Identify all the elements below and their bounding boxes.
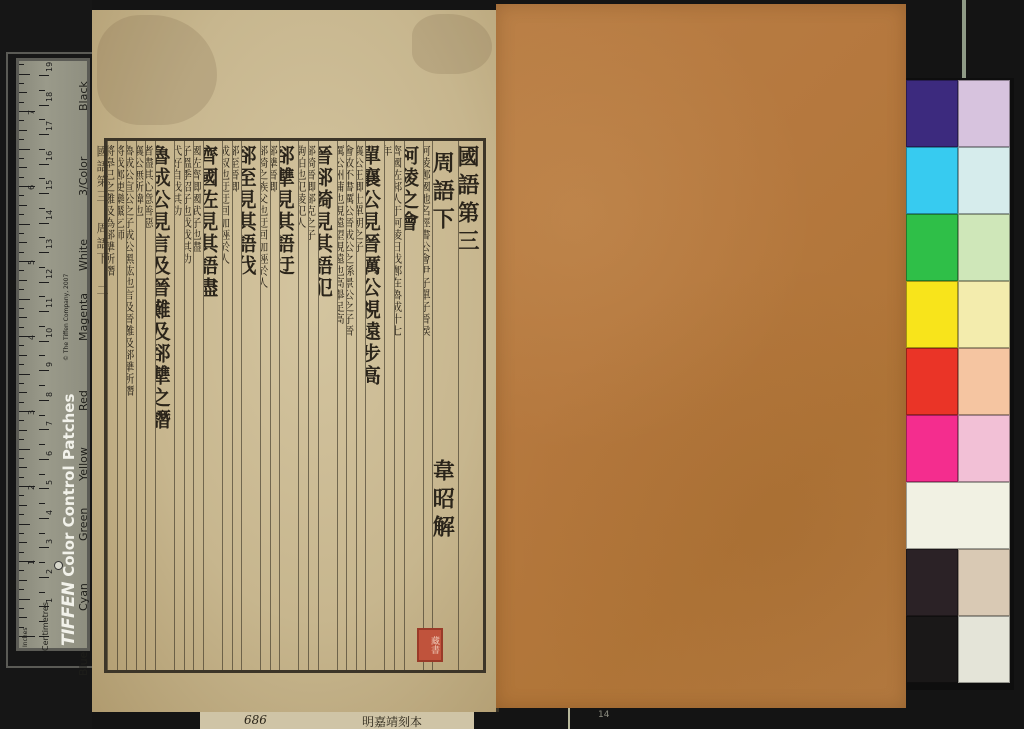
swatch-label-yellow: Yellow — [77, 447, 90, 481]
ruler-brand-title: TIFFEN Color Control Patches — [59, 394, 79, 646]
cm-tick — [39, 296, 45, 297]
inch-tick — [19, 74, 30, 75]
inch-tick — [19, 224, 30, 225]
inch-tick — [19, 308, 24, 309]
slip-number: 686 — [244, 713, 267, 727]
inch-tick — [19, 467, 27, 468]
inch-tick — [19, 139, 24, 140]
cm-tick — [39, 134, 49, 135]
inch-tick — [19, 420, 24, 421]
swatch-label-green: Green — [77, 508, 90, 541]
main-text-column: 柯陵之會 — [404, 141, 423, 670]
collector-seal: 藏書 — [417, 628, 443, 662]
commentary-column: 郤犨晉卿 — [270, 141, 280, 670]
swatch-label-magenta: Magenta — [77, 293, 90, 341]
catalog-slip: 686 明嘉靖刻本 — [200, 712, 474, 729]
cm-tick — [39, 459, 49, 460]
section-title: 周語下 — [432, 151, 455, 235]
inch-tick — [19, 149, 30, 150]
color-patch — [906, 147, 958, 214]
inch-tick — [19, 439, 24, 440]
cm-tick — [39, 237, 45, 238]
commentary-column: 襄公王卿士單朝之子 — [356, 141, 366, 670]
cm-tick-label: 16 — [45, 150, 54, 160]
cm-tick — [39, 518, 49, 519]
inch-tick — [19, 83, 24, 84]
commentary-column: 子溫季昭子也伐伐其功 — [184, 141, 194, 670]
cm-tick — [39, 149, 45, 150]
cm-tick — [39, 562, 45, 563]
cm-scale: 12345678910111213141516171819 — [39, 61, 57, 648]
inch-tick-label: 7 — [27, 110, 36, 115]
cm-tick — [39, 282, 49, 283]
color-patch-tint — [958, 415, 1010, 482]
commentary-column: 成叔也迂迂回加誣於人 — [222, 141, 232, 670]
cm-tick — [39, 178, 45, 179]
cm-tick-label: 14 — [45, 209, 54, 219]
page-damage — [97, 15, 217, 125]
inch-tick — [19, 495, 24, 496]
cm-tick — [39, 592, 45, 593]
inch-tick — [19, 270, 24, 271]
slip-label: 明嘉靖刻本 — [362, 713, 422, 729]
inch-scale: 1234567 — [19, 61, 39, 648]
ruler-title: Color Control Patches — [60, 394, 78, 577]
inch-tick — [19, 599, 30, 600]
commentary-column: 國佐齊卿國武子也盡 — [193, 141, 203, 670]
cm-tick-label: 12 — [45, 268, 54, 278]
cm-tick — [39, 164, 49, 165]
commentary-column: 年 — [384, 141, 394, 670]
inch-tick — [19, 608, 24, 609]
commentary-column: 郤錡晉卿郤克之子 — [308, 141, 318, 670]
inch-tick — [19, 580, 27, 581]
color-patch-tint — [958, 147, 1010, 214]
inches-label: Inches — [22, 628, 29, 648]
inch-tick — [19, 345, 24, 346]
cm-tick — [39, 415, 45, 416]
cm-tick — [39, 444, 45, 445]
color-patch — [906, 281, 958, 348]
cm-tick — [39, 267, 45, 268]
main-text-column: 齊國佐見其語盡 — [203, 141, 222, 670]
cm-tick — [39, 533, 45, 534]
color-patch — [906, 415, 958, 482]
cm-tick — [39, 208, 45, 209]
color-patch-tint — [958, 80, 1010, 147]
main-text-column: 郤犨見其語迂 — [279, 141, 298, 670]
inch-tick — [19, 374, 30, 375]
inch-tick-label: 1 — [27, 560, 36, 565]
commentary-column: 郤錡之族父也迂回加誣於人 — [260, 141, 270, 670]
commentary-column: 將伐鄭使欒黶乞師 — [117, 141, 127, 670]
inch-tick — [19, 214, 24, 215]
inch-tick — [19, 158, 24, 159]
cm-tick — [39, 105, 49, 106]
inch-tick — [19, 392, 27, 393]
inch-tick — [19, 458, 24, 459]
inch-tick — [19, 542, 27, 543]
bottom-tag-line — [568, 708, 570, 729]
inch-tick — [19, 589, 24, 590]
inch-tick — [19, 449, 30, 450]
inch-tick — [19, 570, 24, 571]
color-patch — [906, 80, 958, 147]
inch-tick — [19, 205, 27, 206]
commentary-column: 駒伯也犯陵犯人 — [298, 141, 308, 670]
cm-tick — [39, 370, 49, 371]
cm-tick — [39, 193, 49, 194]
section-title-column: 周語下 韋昭解 — [432, 141, 458, 670]
cm-tick — [39, 119, 45, 120]
cm-tick-label: 9 — [45, 362, 54, 367]
inch-tick — [19, 167, 27, 168]
cm-tick-label: 10 — [45, 328, 54, 338]
commentary-column: 襄公無所諱也 — [136, 141, 146, 670]
swatch-label-white: White — [77, 239, 90, 271]
inch-tick — [19, 430, 27, 431]
inch-tick — [19, 252, 24, 253]
commentary-column: 會故不書厲公晉成公之孫景公之子晉 — [346, 141, 356, 670]
cm-tick — [39, 488, 49, 489]
tiffen-logo: TIFFEN — [59, 582, 79, 646]
inch-tick — [19, 505, 27, 506]
inch-tick — [19, 514, 24, 515]
inch-tick — [19, 383, 24, 384]
cm-tick — [39, 75, 49, 76]
inch-tick — [19, 64, 24, 65]
color-patch-tint — [958, 616, 1010, 683]
cm-tick-label: 18 — [45, 91, 54, 101]
swatch-label-blue: Blue — [77, 652, 90, 676]
main-text-column: 郤至見其語伐 — [241, 141, 260, 670]
annotator-credit: 韋昭解 — [432, 235, 455, 543]
cm-tick — [39, 503, 45, 504]
cm-tick-label: 17 — [45, 121, 54, 131]
commentary-column: 齊國佐邾人于柯陵日伐鄭在魯成十七 — [394, 141, 404, 670]
bottom-tag-number: 14 — [598, 710, 609, 720]
cm-tick-label: 8 — [45, 392, 54, 397]
commentary-column: 者盡其心意善惡 — [145, 141, 155, 670]
inch-tick — [19, 195, 24, 196]
inch-tick-label: 5 — [27, 260, 36, 265]
cm-tick-label: 2 — [45, 569, 54, 574]
inch-tick — [19, 402, 24, 403]
color-patch-tint — [958, 549, 1010, 616]
swatch-label-black: Black — [77, 81, 90, 111]
centimetres-label: Centimetres — [41, 602, 50, 651]
margin-label: 國語第三 周語下 二 — [94, 145, 111, 299]
cm-tick — [39, 355, 45, 356]
inch-tick — [19, 355, 27, 356]
color-patch-tint — [958, 281, 1010, 348]
cm-tick — [39, 341, 49, 342]
cm-tick — [39, 223, 49, 224]
inch-tick — [19, 177, 24, 178]
inch-tick-label: 4 — [27, 335, 36, 340]
tiffen-ruler: 1234567 12345678910111213141516171819 In… — [16, 58, 90, 651]
inch-tick — [19, 524, 30, 525]
inch-tick-label: 3 — [27, 410, 36, 415]
copyright-text: © The Tiffen Company, 2007 — [63, 274, 70, 361]
color-patch — [906, 214, 958, 281]
main-text-column: 單襄公見晉厲公視遠步高 — [365, 141, 384, 670]
inch-tick — [19, 327, 24, 328]
inch-tick — [19, 92, 27, 93]
cm-tick-label: 7 — [45, 421, 54, 426]
ruler-hole — [54, 561, 63, 570]
inch-tick — [19, 317, 27, 318]
inch-tick — [19, 280, 27, 281]
cm-tick — [39, 547, 49, 548]
cm-tick-label: 6 — [45, 451, 54, 456]
inch-tick-label: 6 — [27, 185, 36, 190]
color-patch — [906, 616, 958, 683]
inch-tick — [19, 477, 24, 478]
inch-tick — [19, 299, 30, 300]
cm-tick-label: 3 — [45, 539, 54, 544]
inch-tick — [19, 120, 24, 121]
commentary-column: 厲公州蒲也視遠望視遠也高舉足高 — [337, 141, 347, 670]
cm-tick — [39, 252, 49, 253]
cm-tick — [39, 326, 45, 327]
page-damage — [412, 14, 492, 74]
inch-tick-label: 2 — [27, 485, 36, 490]
color-patch-tint — [958, 214, 1010, 281]
cm-tick — [39, 400, 49, 401]
swatch-label-3color: 3/Color — [77, 157, 90, 196]
text-columns: 國語第三周語下 韋昭解柯陵鄭國地名經書公會尹子單子晉侯柯陵之會齊國佐邾人于柯陵日… — [107, 141, 483, 670]
cm-tick-label: 19 — [45, 62, 54, 72]
cm-tick — [39, 311, 49, 312]
color-patch-white — [906, 482, 1010, 549]
inch-tick — [19, 289, 24, 290]
cm-tick-label: 11 — [45, 298, 54, 308]
cm-tick-label: 13 — [45, 239, 54, 249]
cm-tick-label: 5 — [45, 480, 54, 485]
cm-tick-label: 15 — [45, 180, 54, 190]
cm-tick — [39, 577, 49, 578]
inch-tick — [19, 102, 24, 103]
color-patch-tint — [958, 348, 1010, 415]
cm-tick — [39, 474, 45, 475]
inch-tick — [19, 242, 27, 243]
inch-tick — [19, 533, 24, 534]
swatch-label-red: Red — [77, 390, 90, 411]
inch-tick — [19, 364, 24, 365]
book-cover — [496, 4, 906, 708]
commentary-column: 郤至晉卿 — [232, 141, 242, 670]
color-patch — [906, 549, 958, 616]
chapter-title-column: 國語第三 — [458, 141, 483, 670]
inch-tick — [19, 233, 24, 234]
commentary-column: 柯陵鄭國地名經書公會尹子單子晉侯 — [423, 141, 433, 670]
book-page: 國語第三周語下 韋昭解柯陵鄭國地名經書公會尹子單子晉侯柯陵之會齊國佐邾人于柯陵日… — [92, 10, 499, 712]
cm-tick — [39, 429, 49, 430]
main-text-column: 魯成公見言及晉難及郤犨之譖 — [155, 141, 174, 670]
commentary-column: 代好自伐其功 — [174, 141, 184, 670]
commentary-column: 魯成公宣公之子成公黑肱也言及晉難及郤犨所譖 — [126, 141, 136, 670]
inch-tick — [19, 617, 27, 618]
swatch-label-cyan: Cyan — [77, 583, 90, 611]
color-patch — [906, 348, 958, 415]
frame-line — [962, 0, 966, 78]
printed-text-block: 國語第三周語下 韋昭解柯陵鄭國地名經書公會尹子單子晉侯柯陵之會齊國佐邾人于柯陵日… — [104, 138, 486, 673]
cm-tick-label: 4 — [45, 510, 54, 515]
color-calibration-chart — [906, 78, 1014, 690]
inch-tick — [19, 130, 27, 131]
main-text-column: 晉郤錡見其語犯 — [318, 141, 337, 670]
inch-tick — [19, 552, 24, 553]
cm-tick — [39, 385, 45, 386]
cm-tick — [39, 90, 45, 91]
